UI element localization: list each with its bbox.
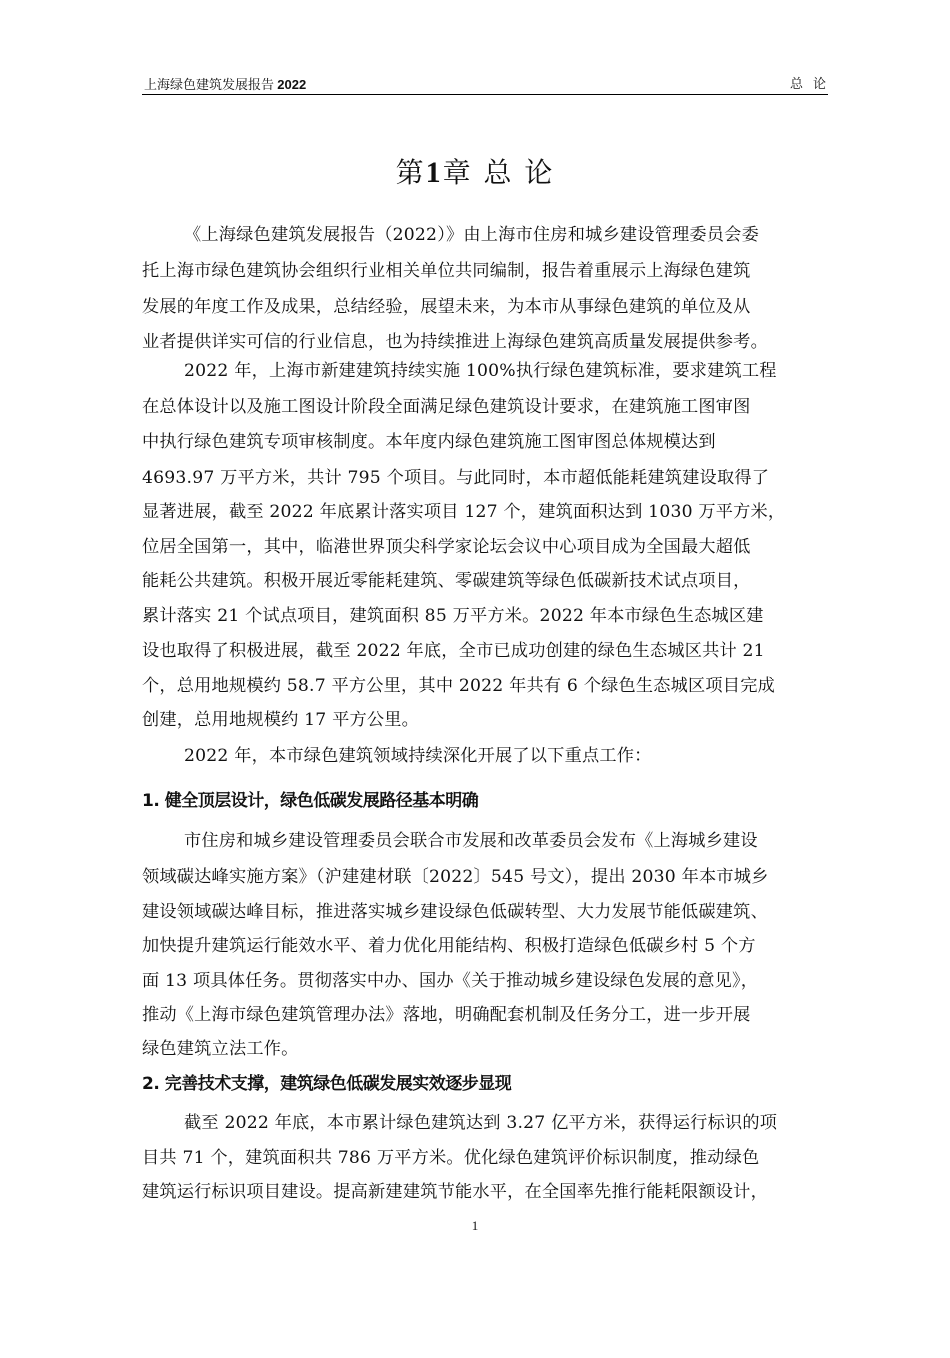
text-line: 绿色建筑立法工作。 [142, 1038, 299, 1060]
header-report-title: 上海绿色建筑发展报告 2022 [144, 77, 306, 93]
text-line: 位居全国第一，其中，临港世界顶尖科学家论坛会议中心项目成为全国最大超低 [142, 536, 751, 558]
text-line: 托上海市绿色建筑协会组织行业相关单位共同编制，报告着重展示上海绿色建筑 [142, 260, 751, 282]
text-line: 发展的年度工作及成果，总结经验，展望未来，为本市从事绿色建筑的单位及从 [142, 296, 751, 318]
header-year: 2022 [277, 77, 306, 92]
text-line: 领域碳达峰实施方案》（沪建建材联〔2022〕545 号文），提出 2030 年本… [142, 866, 769, 888]
text-line: 设也取得了积极进展，截至 2022 年底，全市已成功创建的绿色生态城区共计 21 [142, 640, 765, 662]
chapter-number: 1 [426, 156, 443, 189]
running-header: 上海绿色建筑发展报告 2022 总论 [142, 76, 828, 95]
text-line: 个，总用地规模约 58.7 平方公里，其中 2022 年共有 6 个绿色生态城区… [142, 675, 775, 697]
text-line: 目共 71 个，建筑面积共 786 万平方米。优化绿色建筑评价标识制度，推动绿色 [142, 1147, 759, 1169]
text-line: 在总体设计以及施工图设计阶段全面满足绿色建筑设计要求，在建筑施工图审图 [142, 396, 751, 418]
text-line: 显著进展，截至 2022 年底累计落实项目 127 个，建筑面积达到 1030 … [142, 501, 785, 523]
text-line: 能耗公共建筑。积极开展近零能耗建筑、零碳建筑等绿色低碳新技术试点项目， [142, 570, 751, 592]
text-line: 中执行绿色建筑专项审核制度。本年度内绿色建筑施工图审图总体规模达到 [142, 431, 716, 453]
document-page: 上海绿色建筑发展报告 2022 总论 第1章 总 论 《上海绿色建筑发展报告（2… [0, 0, 950, 1358]
section-heading-1: 1. 健全顶层设计，绿色低碳发展路径基本明确 [142, 790, 478, 812]
text-line: 面 13 项具体任务。贯彻落实中办、国办《关于推动城乡建设绿色发展的意见》， [142, 970, 758, 992]
text-line: 2022 年，上海市新建建筑持续实施 100%执行绿色建筑标准，要求建筑工程 [184, 360, 777, 382]
chapter-name: 章 总 论 [443, 156, 555, 189]
text-line: 推动《上海市绿色建筑管理办法》落地，明确配套机制及任务分工，进一步开展 [142, 1004, 751, 1026]
text-line: 建设领域碳达峰目标，推进落实城乡建设绿色低碳转型、大力发展节能低碳建筑、 [142, 901, 768, 923]
section-heading-2: 2. 完善技术支撑，建筑绿色低碳发展实效逐步显现 [142, 1073, 511, 1095]
chapter-prefix: 第 [396, 156, 426, 189]
page-number: 1 [0, 1218, 950, 1234]
text-line: 2022 年，本市绿色建筑领域持续深化开展了以下重点工作： [184, 745, 652, 767]
text-line: 截至 2022 年底，本市累计绿色建筑达到 3.27 亿平方米，获得运行标识的项 [184, 1112, 777, 1134]
header-section-name: 总论 [790, 77, 836, 93]
text-line: 业者提供详实可信的行业信息，也为持续推进上海绿色建筑高质量发展提供参考。 [142, 331, 768, 353]
chapter-title: 第1章 总 论 [0, 155, 950, 191]
text-line: 加快提升建筑运行能效水平、着力优化用能结构、积极打造绿色低碳乡村 5 个方 [142, 935, 756, 957]
text-line: 创建，总用地规模约 17 平方公里。 [142, 709, 419, 731]
header-title-text: 上海绿色建筑发展报告 [144, 77, 274, 92]
text-line: 建筑运行标识项目建设。提高新建建筑节能水平，在全国率先推行能耗限额设计， [142, 1181, 768, 1203]
text-line: 《上海绿色建筑发展报告（2022）》由上海市住房和城乡建设管理委员会委 [184, 224, 759, 246]
text-line: 市住房和城乡建设管理委员会联合市发展和改革委员会发布《上海城乡建设 [184, 830, 758, 852]
text-line: 4693.97 万平方米，共计 795 个项目。与此同时，本市超低能耗建筑建设取… [142, 467, 769, 489]
text-line: 累计落实 21 个试点项目，建筑面积 85 万平方米。2022 年本市绿色生态城… [142, 605, 764, 627]
